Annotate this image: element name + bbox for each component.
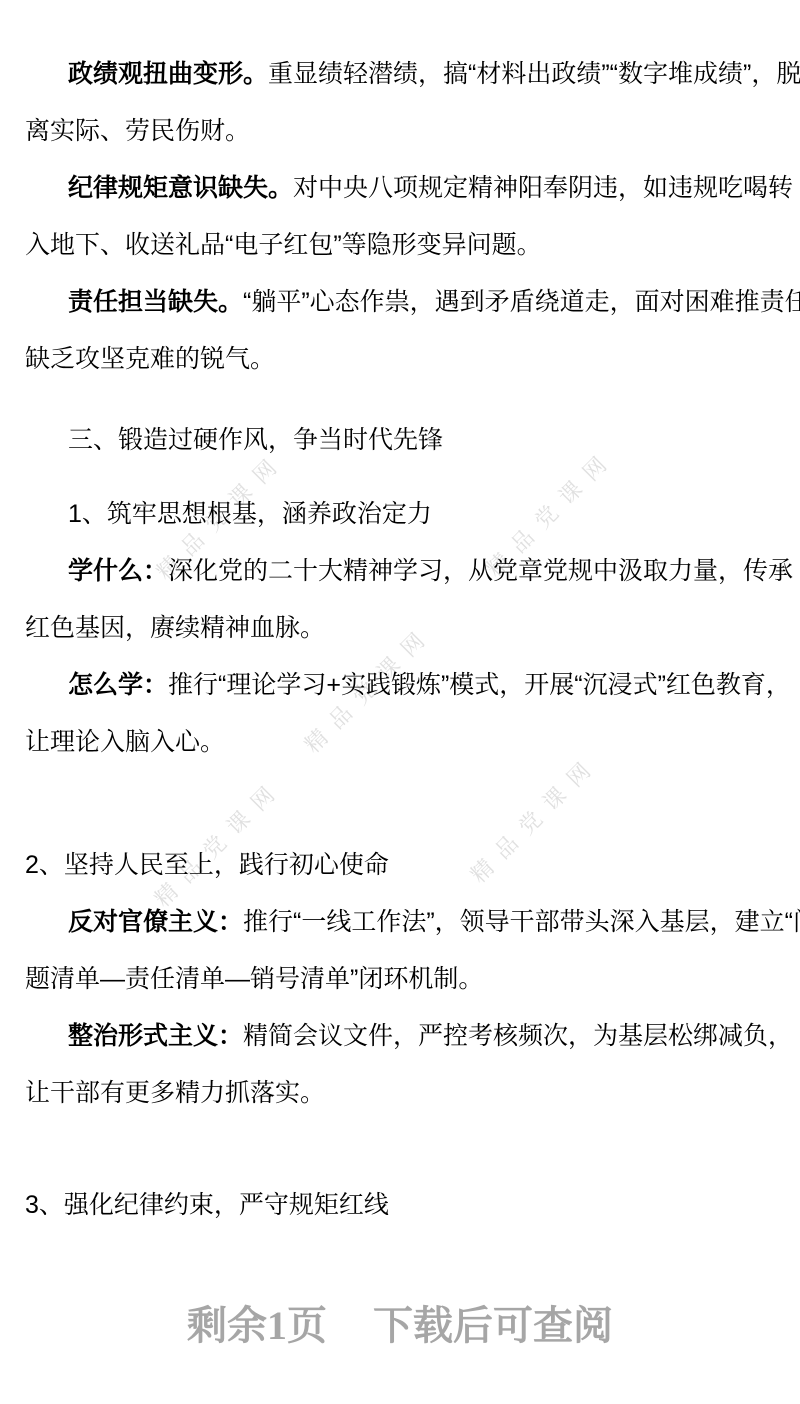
paragraph-lead: 政绩观扭曲变形。 <box>68 60 268 88</box>
paragraph-text: “躺平”心态作祟，遇到矛盾绕道走，面对困难推责任， <box>243 288 800 316</box>
paragraph-line: 让理论入脑入心。 <box>25 714 775 771</box>
paragraph-lead: 整治形式主义： <box>68 1022 243 1050</box>
paragraph-line: 纪律规矩意识缺失。对中央八项规定精神阳奉阴违，如违规吃喝转 <box>25 160 775 217</box>
paragraph-line: 反对官僚主义：推行“一线工作法”，领导干部带头深入基层，建立“问 <box>25 894 775 951</box>
paragraph-line: 政绩观扭曲变形。重显绩轻潜绩，搞“材料出政绩”“数字堆成绩”，脱 <box>25 46 775 103</box>
paragraph-lead: 反对官僚主义： <box>68 908 243 936</box>
paragraph-line: 入地下、收送礼品“电子红包”等隐形变异问题。 <box>25 217 775 274</box>
paragraph-line: 整治形式主义：精简会议文件，严控考核频次，为基层松绑减负， <box>25 1008 775 1065</box>
page-footer: 剩余1页 下载后可查阅 <box>25 1304 775 1348</box>
section-heading-three: 三、锻造过硬作风，争当时代先锋 <box>25 412 775 469</box>
paragraph-lead: 责任担当缺失。 <box>68 288 243 316</box>
subsection-heading-3: 3、强化纪律约束，严守规矩红线 <box>25 1177 775 1234</box>
paragraph-text: 推行“理论学习+实践锻炼”模式，开展“沉浸式”红色教育， <box>168 671 791 699</box>
paragraph-line: 怎么学：推行“理论学习+实践锻炼”模式，开展“沉浸式”红色教育， <box>25 657 775 714</box>
paragraph-lead: 纪律规矩意识缺失。 <box>68 174 293 202</box>
document-content: 政绩观扭曲变形。重显绩轻潜绩，搞“材料出政绩”“数字堆成绩”，脱 离实际、劳民伤… <box>0 0 800 1404</box>
paragraph-line: 离实际、劳民伤财。 <box>25 103 775 160</box>
paragraph-text: 重显绩轻潜绩，搞“材料出政绩”“数字堆成绩”，脱 <box>268 60 800 88</box>
paragraph-line: 学什么：深化党的二十大精神学习，从党章党规中汲取力量，传承 <box>25 543 775 600</box>
paragraph-line: 红色基因，赓续精神血脉。 <box>25 600 775 657</box>
pages-remaining-label: 剩余1页 <box>187 1304 327 1348</box>
paragraph-text: 精简会议文件，严控考核频次，为基层松绑减负， <box>243 1022 793 1050</box>
paragraph-text: 深化党的二十大精神学习，从党章党规中汲取力量，传承 <box>168 557 793 585</box>
paragraph-line: 缺乏攻坚克难的锐气。 <box>25 331 775 388</box>
document-page: 精品党课网 精品党课网 精品党课网 精品党课网 精品党课网 政绩观扭曲变形。重显… <box>0 0 800 1404</box>
paragraph-text: 推行“一线工作法”，领导干部带头深入基层，建立“问 <box>243 908 800 936</box>
paragraph-lead: 怎么学： <box>68 671 168 699</box>
subsection-heading-2: 2、坚持人民至上，践行初心使命 <box>25 837 775 894</box>
paragraph-line: 让干部有更多精力抓落实。 <box>25 1065 775 1122</box>
paragraph-line: 责任担当缺失。“躺平”心态作祟，遇到矛盾绕道走，面对困难推责任， <box>25 274 775 331</box>
paragraph-line: 题清单—责任清单—销号清单”闭环机制。 <box>25 951 775 1008</box>
paragraph-text: 对中央八项规定精神阳奉阴违，如违规吃喝转 <box>293 174 793 202</box>
subsection-heading-1: 1、筑牢思想根基，涵养政治定力 <box>25 486 775 543</box>
paragraph-lead: 学什么： <box>68 557 168 585</box>
download-hint-label: 下载后可查阅 <box>373 1304 613 1348</box>
